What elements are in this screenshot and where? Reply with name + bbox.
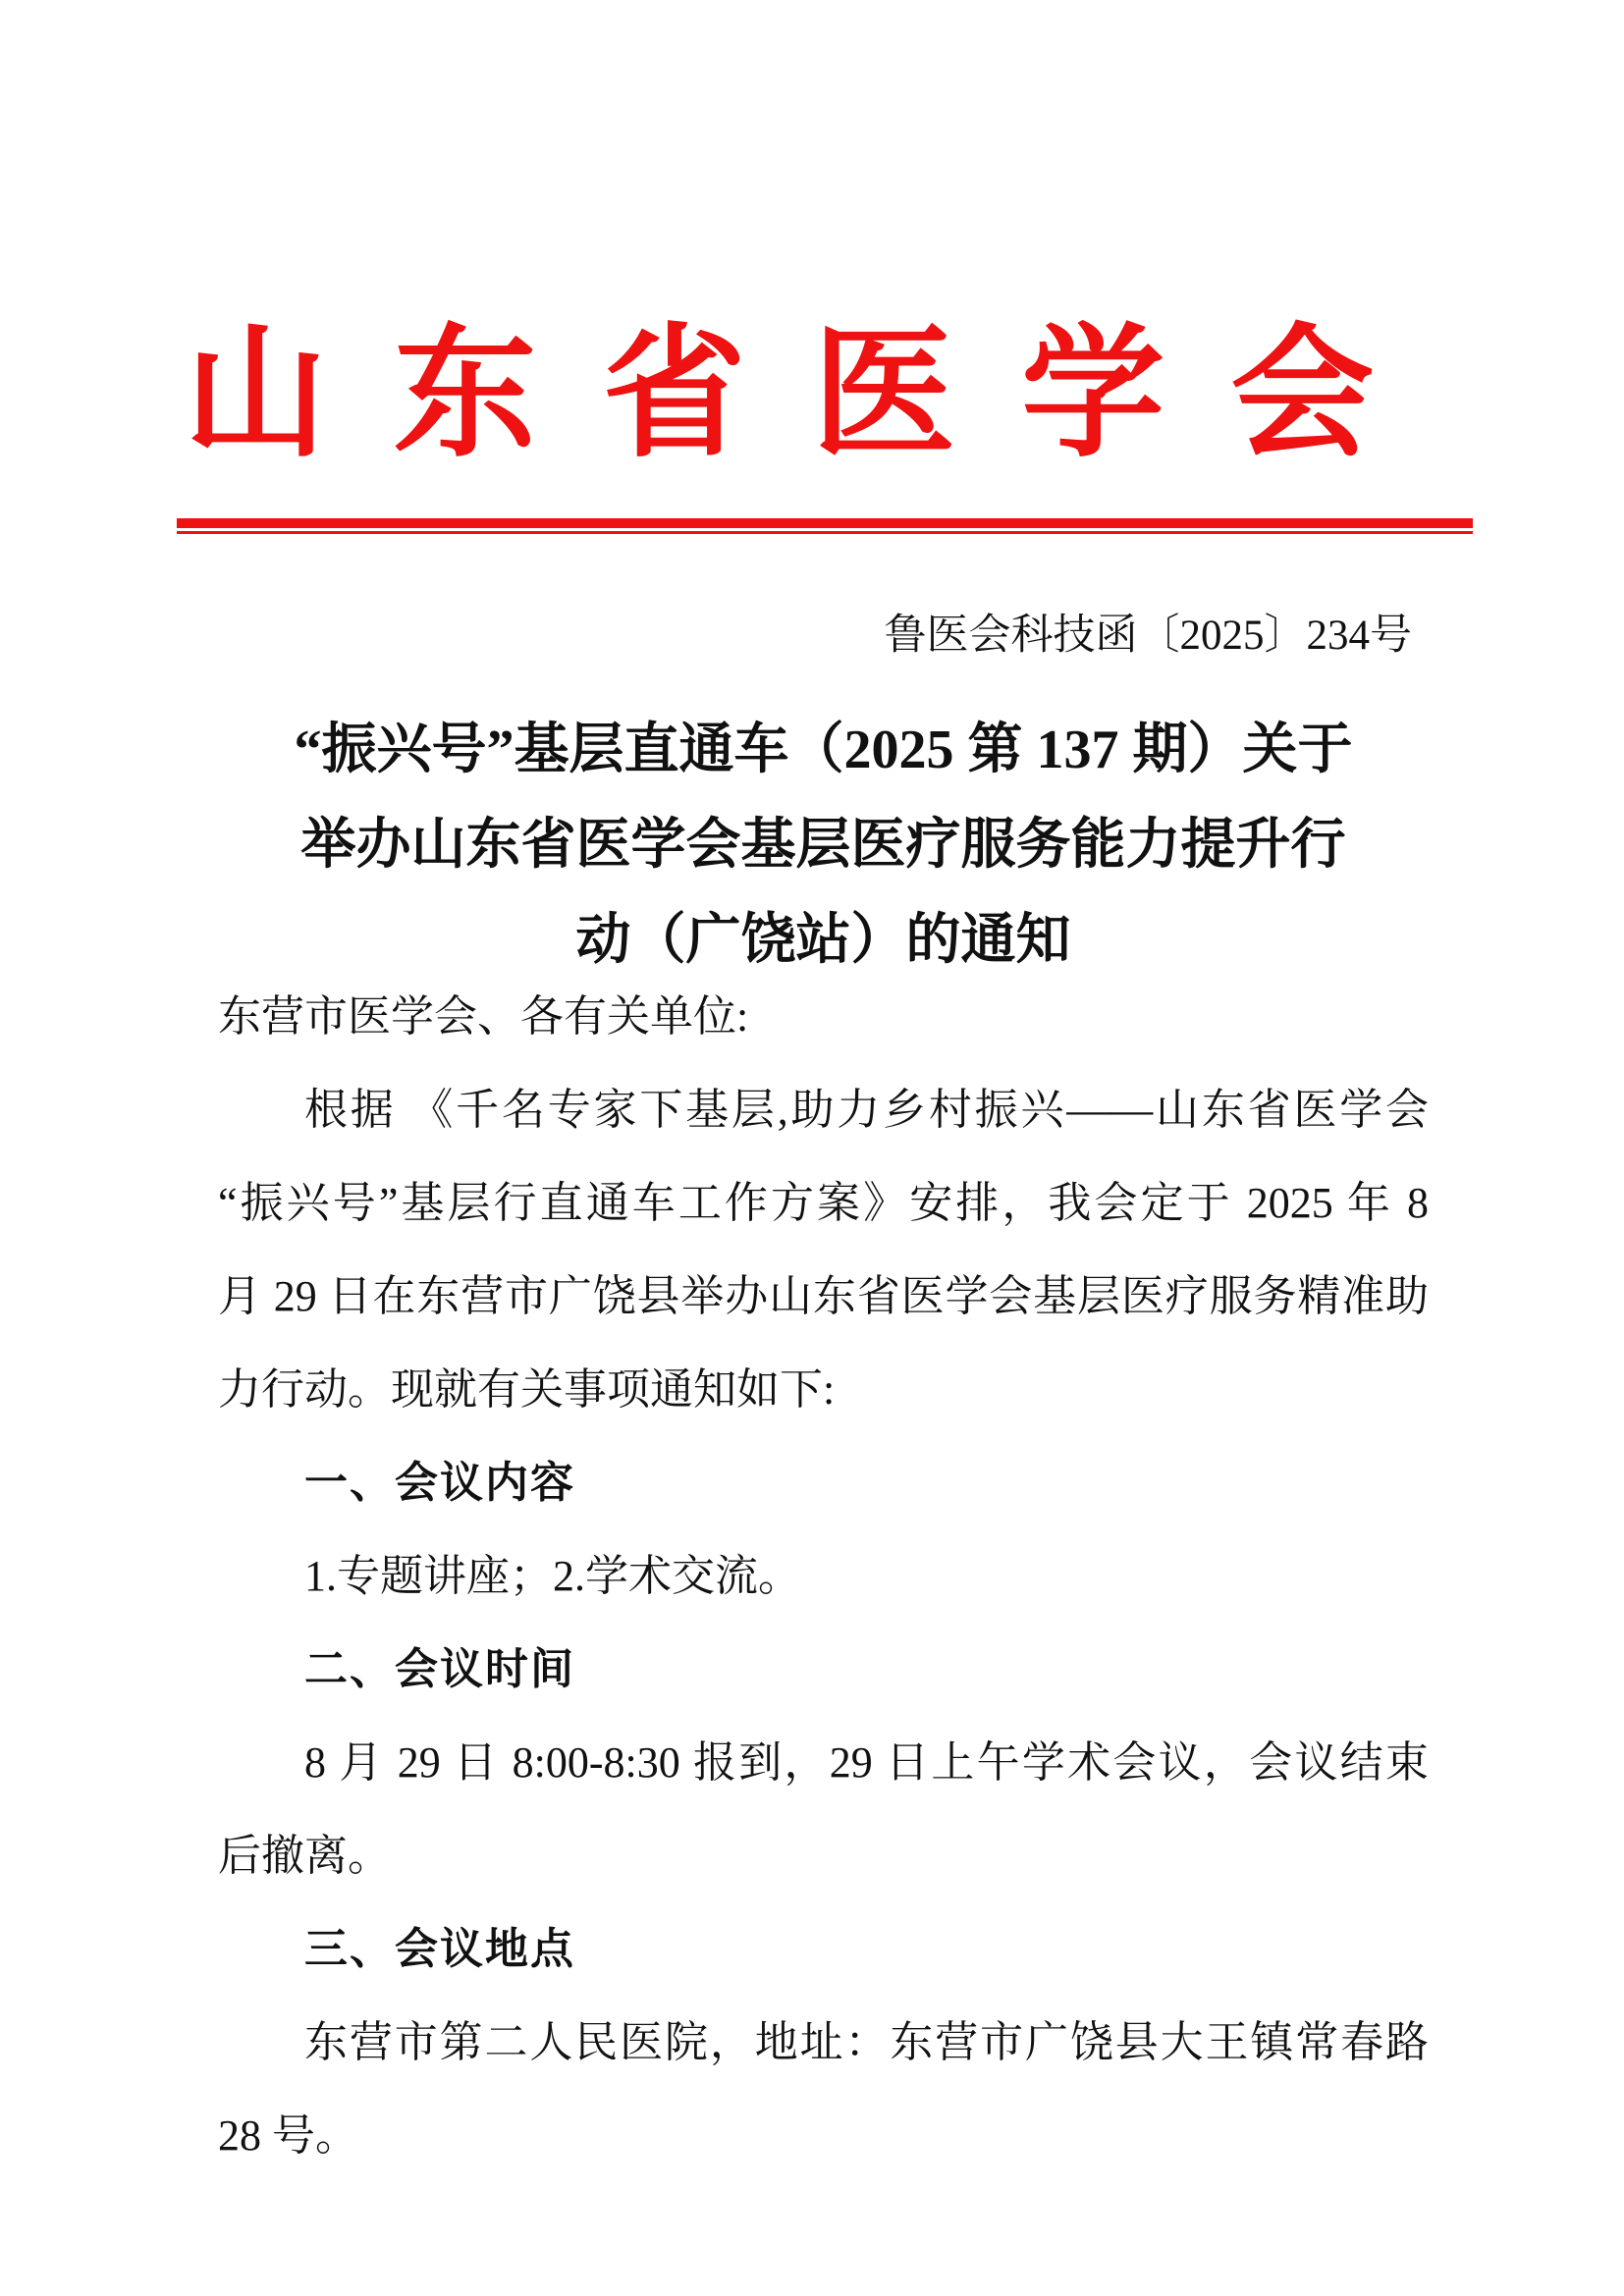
body-line: 力行动。现就有关事项通知如下: (218, 1343, 1429, 1436)
salutation: 东营市医学会、各有关单位: (218, 970, 1429, 1063)
body-line: 8 月 29 日 8:00-8:30 报到，29 日上午学术会议，会议结束 (218, 1716, 1429, 1809)
section-heading-2: 二、会议时间 (218, 1623, 1429, 1716)
document-page: 山东省医学会 鲁医会科技函〔2025〕234号 “振兴号”基层直通车（2025 … (0, 0, 1624, 2296)
doc-title: “振兴号”基层直通车（2025 第 137 期）关于 举办山东省医学会基层医疗服… (218, 703, 1429, 988)
doc-reference-number: 鲁医会科技函〔2025〕234号 (885, 611, 1413, 662)
doc-body: 东营市医学会、各有关单位: 根据 《千名专家下基层,助力乡村振兴——山东省医学会… (218, 970, 1429, 2182)
body-line: “振兴号”基层行直通车工作方案》安排，我会定于 2025 年 8 (218, 1156, 1429, 1250)
doc-title-line-1: “振兴号”基层直通车（2025 第 137 期）关于 (218, 703, 1429, 798)
body-line: 月 29 日在东营市广饶县举办山东省医学会基层医疗服务精准助 (218, 1250, 1429, 1343)
red-divider-rule (177, 518, 1473, 534)
doc-title-line-2: 举办山东省医学会基层医疗服务能力提升行 (218, 798, 1429, 893)
section-heading-1: 一、会议内容 (218, 1436, 1429, 1529)
body-line: 后撤离。 (218, 1809, 1429, 1902)
body-line: 东营市第二人民医院，地址：东营市广饶县大王镇常春路 (218, 1996, 1429, 2089)
section-heading-3: 三、会议地点 (218, 1902, 1429, 1996)
body-line: 28 号。 (218, 2089, 1429, 2182)
body-line: 1.专题讲座；2.学术交流。 (218, 1529, 1429, 1623)
body-line: 根据 《千名专家下基层,助力乡村振兴——山东省医学会 (218, 1063, 1429, 1156)
org-masthead-title: 山东省医学会 (0, 316, 1624, 473)
